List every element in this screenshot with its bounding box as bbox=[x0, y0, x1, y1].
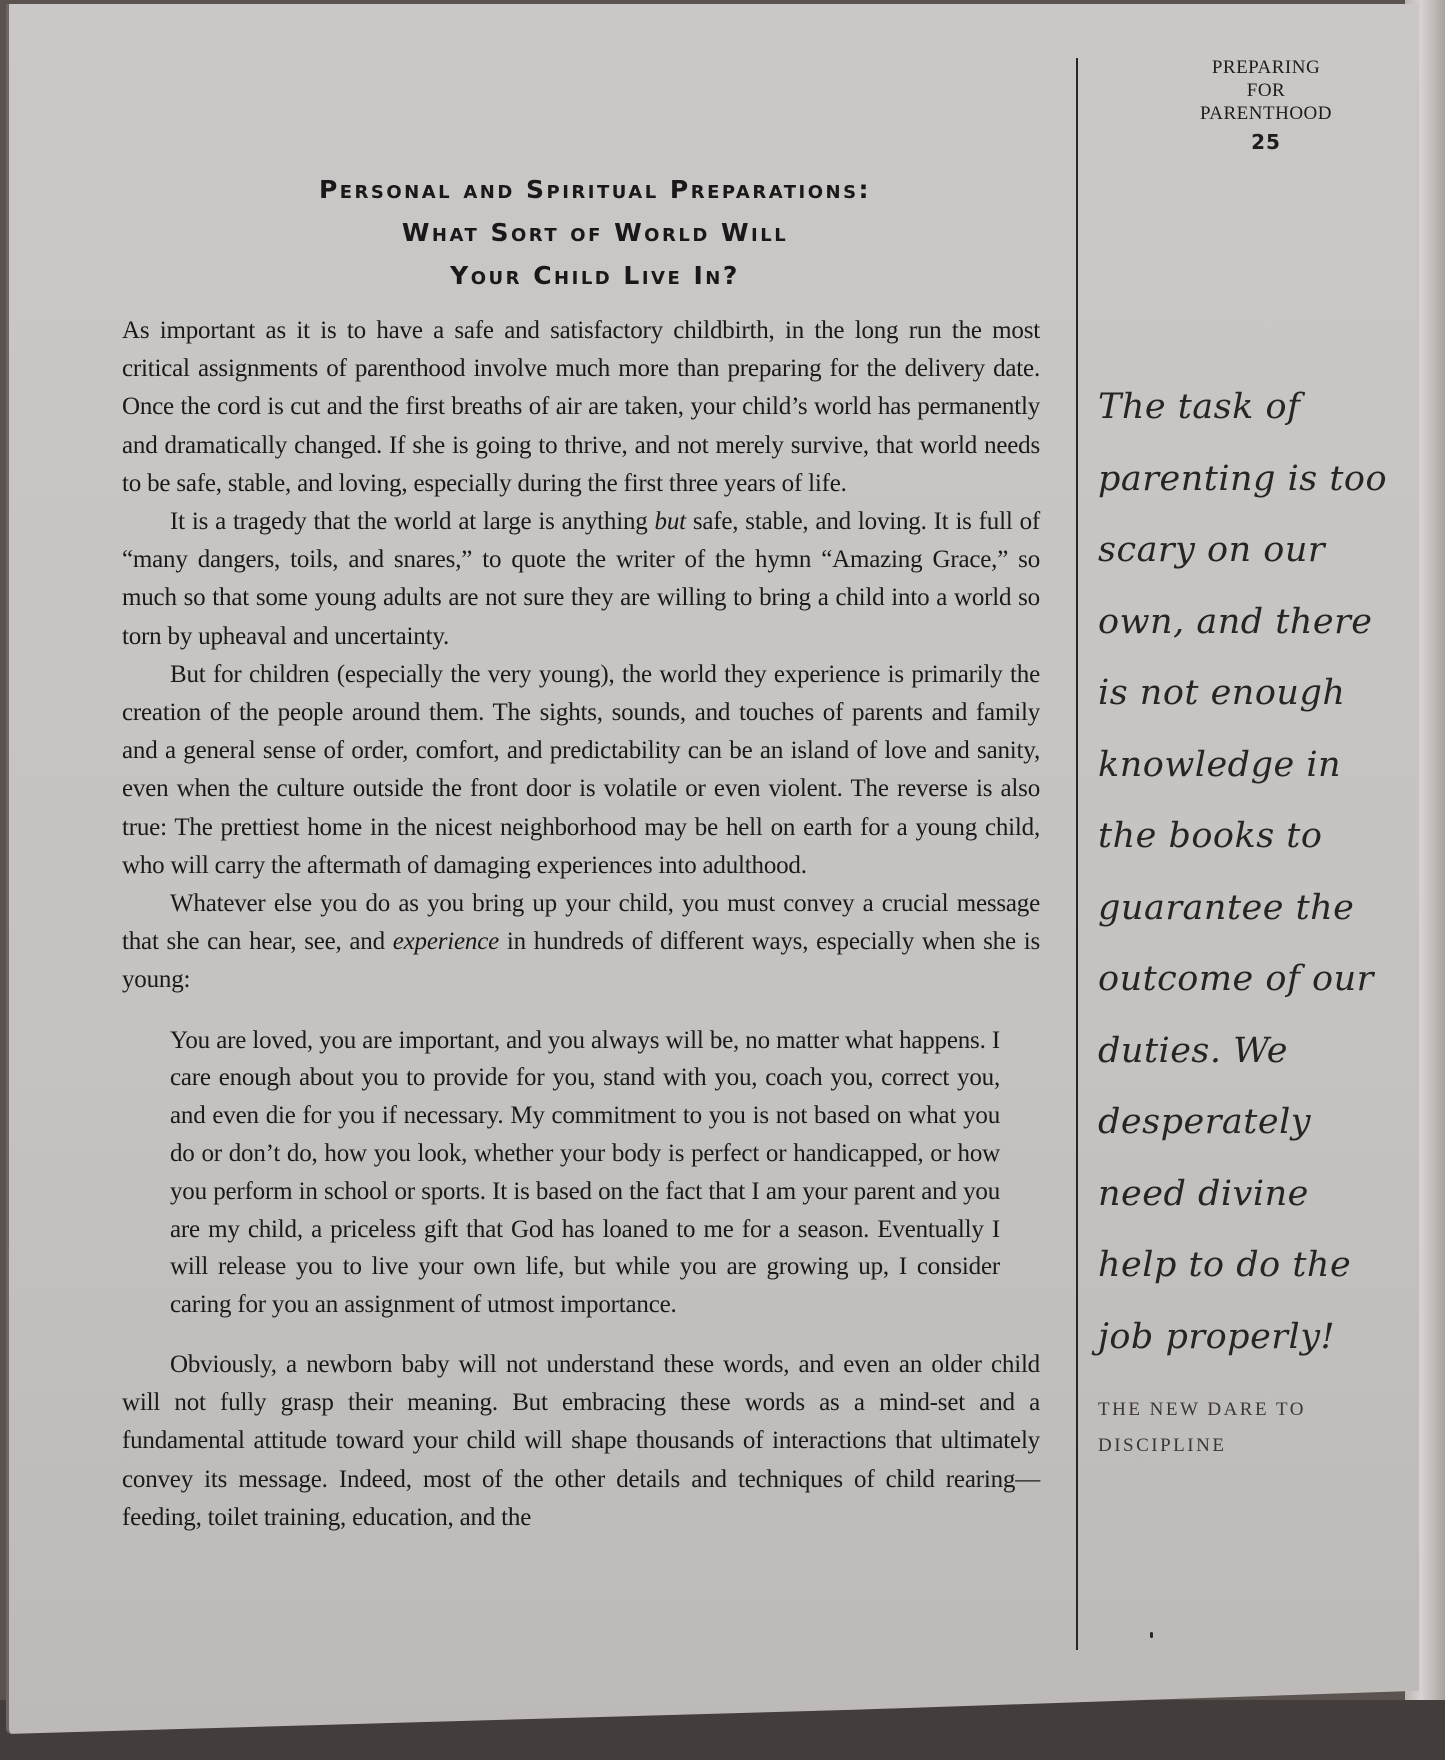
pull-quote-line: outcome of our bbox=[1098, 944, 1388, 1016]
heading-line: Your Child Live In? bbox=[120, 254, 1070, 297]
pull-quote-line: own, and there bbox=[1098, 587, 1388, 659]
emphasis: but bbox=[655, 508, 686, 535]
running-header-line: PREPARING bbox=[1160, 56, 1372, 79]
pull-quote-line: the books to bbox=[1098, 801, 1388, 873]
pull-quote-source-line: THE NEW DARE TO bbox=[1098, 1392, 1358, 1428]
paragraph: Obviously, a newborn baby will not under… bbox=[122, 1346, 1040, 1537]
ink-speck bbox=[1150, 1632, 1153, 1638]
emphasis: experience bbox=[393, 928, 499, 955]
main-body-text: As important as it is to have a safe and… bbox=[122, 312, 1040, 1537]
pull-quote-line: job properly! bbox=[1098, 1302, 1388, 1374]
heading-line: Personal and Spiritual Preparations: bbox=[120, 168, 1070, 211]
pull-quote-line: desperately bbox=[1098, 1087, 1388, 1159]
running-header: PREPARING FOR PARENTHOOD 25 bbox=[1160, 56, 1372, 154]
paragraph: Whatever else you do as you bring up you… bbox=[122, 885, 1040, 1000]
column-divider bbox=[1076, 58, 1078, 1650]
pull-quote-line: parenting is too bbox=[1098, 444, 1388, 516]
pull-quote: The task of parenting is too scary on ou… bbox=[1098, 372, 1388, 1373]
page-number: 25 bbox=[1160, 131, 1372, 154]
pull-quote-line: knowledge in bbox=[1098, 730, 1388, 802]
pull-quote-line: help to do the bbox=[1098, 1230, 1388, 1302]
pull-quote-line: The task of bbox=[1098, 372, 1388, 444]
pull-quote-line: duties. We bbox=[1098, 1016, 1388, 1088]
pull-quote-source-line: DISCIPLINE bbox=[1098, 1428, 1358, 1464]
paragraph: It is a tragedy that the world at large … bbox=[122, 503, 1040, 656]
pull-quote-source: THE NEW DARE TO DISCIPLINE bbox=[1098, 1392, 1358, 1464]
pull-quote-line: need divine bbox=[1098, 1159, 1388, 1231]
heading-line: What Sort of World Will bbox=[120, 211, 1070, 254]
paragraph: As important as it is to have a safe and… bbox=[122, 312, 1040, 503]
pull-quote-line: is not enough bbox=[1098, 658, 1388, 730]
paragraph: But for children (especially the very yo… bbox=[122, 656, 1040, 885]
pull-quote-line: guarantee the bbox=[1098, 873, 1388, 945]
section-heading: Personal and Spiritual Preparations: Wha… bbox=[120, 168, 1070, 297]
block-quote: You are loved, you are important, and yo… bbox=[170, 1022, 1000, 1324]
running-header-line: PARENTHOOD bbox=[1160, 102, 1372, 125]
running-header-line: FOR bbox=[1160, 79, 1372, 102]
text-run: It is a tragedy that the world at large … bbox=[170, 508, 655, 535]
pull-quote-line: scary on our bbox=[1098, 515, 1388, 587]
